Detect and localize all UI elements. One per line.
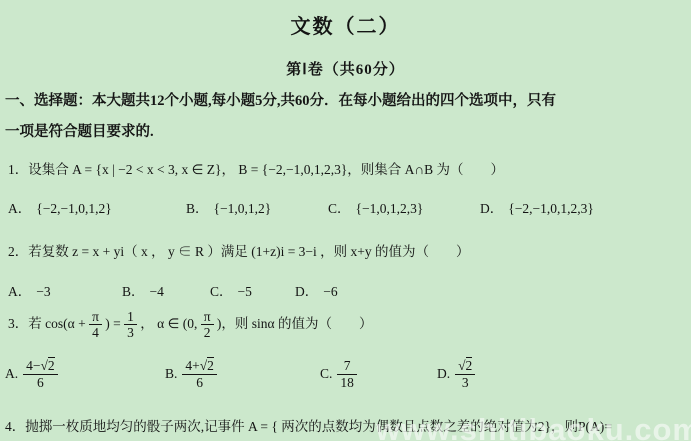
q3-option-a-label: A.	[5, 366, 18, 382]
radicand: 2	[466, 357, 473, 373]
fraction-numerator: 1	[124, 309, 137, 325]
fraction-denominator: 18	[337, 375, 357, 390]
q3-option-a: A. 4−√26	[5, 352, 58, 396]
q3-option-b-fraction: 4+√26	[182, 358, 217, 389]
q3-option-d-label: D.	[437, 366, 450, 382]
instructions-line1: 一、选择题：本大题共12个小题,每小题5分,共60分．在每小题给出的四个选项中，…	[5, 93, 687, 110]
q3-option-c-fraction: 718	[337, 358, 357, 389]
q2-option-b-value: −4	[150, 284, 164, 299]
q1-option-d: D．{−2,−1,0,1,2,3}	[480, 197, 594, 217]
q1-option-a: A．{−2,−1,0,1,2}	[8, 197, 112, 217]
fraction-denominator: 6	[182, 375, 217, 390]
fraction-numerator: 7	[337, 358, 357, 374]
q1-option-c: C．{−1,0,1,2,3}	[328, 197, 423, 217]
q1-option-b: B．{−1,0,1,2}	[186, 197, 271, 217]
q1-option-a-value: {−2,−1,0,1,2}	[36, 201, 111, 216]
q3-text-post: )，则 sinα 的值为（ ）	[217, 316, 373, 331]
question-4: 4．抛掷一枚质地均匀的骰子两次,记事件 A = { 两次的点数均为偶数且点数之差…	[5, 415, 612, 435]
question-2: 2．若复数 z = x + yi（ x ， y ∈ R ）满足 (1+z)i =…	[8, 240, 470, 260]
q3-option-b: B. 4+√26	[165, 352, 217, 396]
q2-option-d-label: D．	[295, 284, 318, 299]
fraction-pi-over-4: π4	[89, 309, 102, 340]
q3-text-mid1: ) =	[105, 316, 120, 331]
question-1: 1．设集合 A = {x | −2 < x < 3, x ∈ Z}， B = {…	[8, 158, 504, 178]
fraction-numerator: π	[201, 309, 214, 325]
q3-option-b-label: B.	[165, 366, 177, 382]
q2-option-d-value: −6	[323, 284, 337, 299]
q2-option-a-label: A．	[8, 284, 31, 299]
radicand: 2	[207, 357, 214, 373]
q3-option-a-fraction: 4−√26	[23, 358, 58, 389]
fraction-numerator: π	[89, 309, 102, 325]
q3-option-c: C. 718	[320, 352, 357, 396]
q1-option-c-label: C．	[328, 201, 351, 216]
fraction-denominator: 2	[201, 325, 214, 340]
fraction-numerator: 4−√2	[23, 358, 58, 374]
q1-option-b-label: B．	[186, 201, 209, 216]
page-title: 文数（二）	[0, 10, 691, 39]
q1-option-c-value: {−1,0,1,2,3}	[356, 201, 424, 216]
fraction-numerator: 4+√2	[182, 358, 217, 374]
q2-option-a-value: −3	[36, 284, 50, 299]
q2-option-c-value: −5	[238, 284, 252, 299]
q2-option-d: D．−6	[295, 280, 338, 300]
fraction-1-over-3: 13	[124, 309, 137, 340]
fraction-numerator: √2	[455, 358, 475, 374]
q3-text-pre: 3．若 cos(α +	[8, 316, 86, 331]
q2-option-b-label: B．	[122, 284, 145, 299]
q3-option-d-fraction: √23	[455, 358, 475, 389]
q1-option-d-label: D．	[480, 201, 503, 216]
q1-option-a-label: A．	[8, 201, 31, 216]
fraction-denominator: 6	[23, 375, 58, 390]
q2-option-b: B．−4	[122, 280, 164, 300]
q2-option-c: C．−5	[210, 280, 252, 300]
q2-option-a: A．−3	[8, 280, 51, 300]
exam-page: 文数（二） 第Ⅰ卷（共60分） 一、选择题：本大题共12个小题,每小题5分,共6…	[0, 0, 691, 441]
q1-option-b-value: {−1,0,1,2}	[214, 201, 272, 216]
question-3-options: A. 4−√26 B. 4+√26 C. 718 D. √23	[0, 352, 691, 396]
section-heading: 第Ⅰ卷（共60分）	[0, 58, 691, 79]
instructions-line2: 一项是符合题目要求的.	[5, 124, 687, 141]
radicand: 2	[48, 357, 55, 373]
q2-option-c-label: C．	[210, 284, 233, 299]
question-3: 3．若 cos(α + π4 ) = 13 ， α ∈ (0, π2 )，则 s…	[8, 306, 373, 342]
q3-text-mid2: ， α ∈ (0,	[140, 316, 197, 331]
q3-option-d: D. √23	[437, 352, 475, 396]
fraction-denominator: 3	[124, 325, 137, 340]
fraction-denominator: 3	[455, 375, 475, 390]
q1-option-d-value: {−2,−1,0,1,2,3}	[508, 201, 594, 216]
fraction-denominator: 4	[89, 325, 102, 340]
fraction-pi-over-2: π2	[201, 309, 214, 340]
q3-option-c-label: C.	[320, 366, 332, 382]
